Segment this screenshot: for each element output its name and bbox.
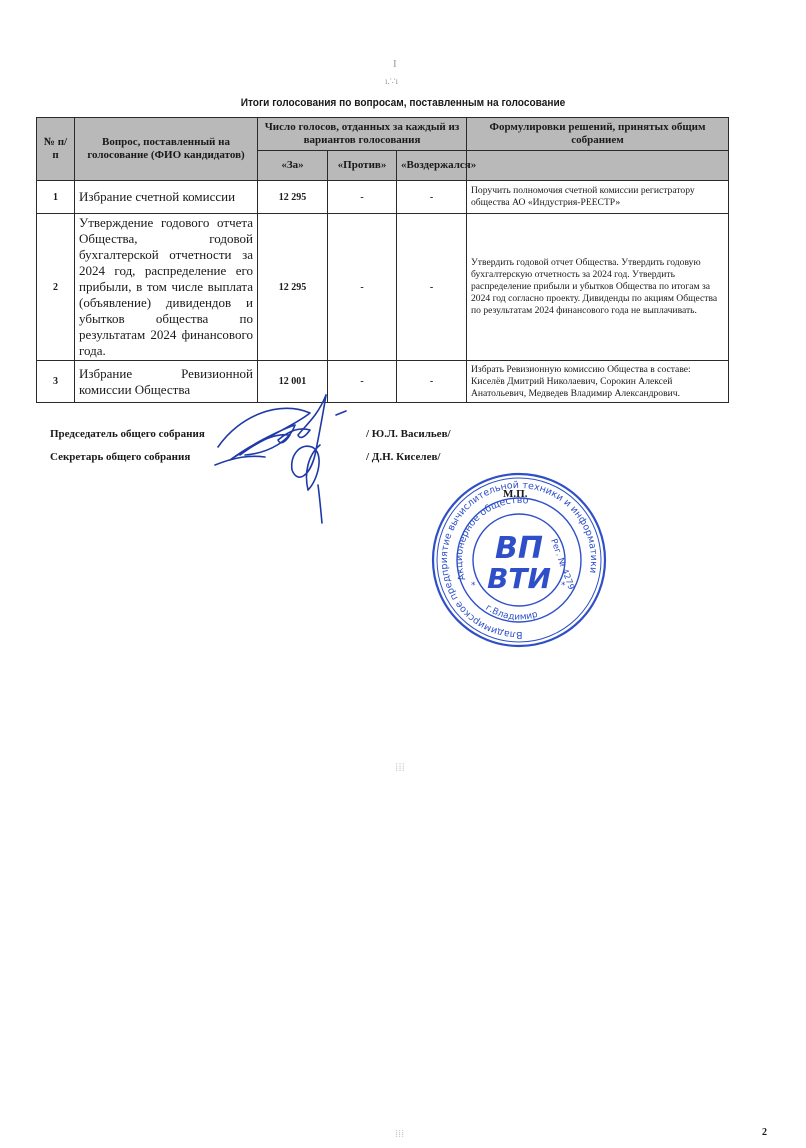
scan-artifact: ⁞⁞⁞ <box>395 760 405 775</box>
stamp-center-line2: ВТИ <box>487 562 551 595</box>
row-decision: Избрать Ревизионную комиссию Общества в … <box>467 361 729 403</box>
svg-text:*: * <box>561 581 566 591</box>
header-num: № п/п <box>37 118 75 181</box>
row-question: Избрание счетной комиссии <box>75 181 258 214</box>
header-for: «За» <box>258 151 328 181</box>
chairman-label: Председатель общего собрания <box>50 428 205 440</box>
row-votes-against: - <box>328 214 397 361</box>
header-abstained: «Воздержался» <box>397 151 467 181</box>
page-number: 2 <box>762 1127 767 1138</box>
seal-place-label: М.П. <box>503 488 527 500</box>
scan-artifact: I <box>393 58 397 70</box>
header-decision: Формулировки решений, принятых общим соб… <box>467 118 729 151</box>
row-votes-abstained: - <box>397 214 467 361</box>
chairman-name: / Ю.Л. Васильев/ <box>366 428 451 440</box>
secretary-name: / Д.Н. Киселев/ <box>366 451 440 463</box>
svg-text:*: * <box>471 581 476 591</box>
scan-artifact: ı.∵ı <box>385 76 398 87</box>
header-against: «Против» <box>328 151 397 181</box>
row-votes-abstained: - <box>397 181 467 214</box>
row-votes-for: 12 295 <box>258 214 328 361</box>
row-votes-against: - <box>328 181 397 214</box>
header-decision-empty <box>467 151 729 181</box>
voting-results-table: № п/п Вопрос, поставленный на голосовани… <box>36 117 729 403</box>
row-num: 1 <box>37 181 75 214</box>
table-row: 3 Избрание Ревизионной комиссии Общества… <box>37 361 729 403</box>
table-row: 1 Избрание счетной комиссии 12 295 - - П… <box>37 181 729 214</box>
handwritten-signature-icon <box>200 385 360 525</box>
row-votes-for: 12 295 <box>258 181 328 214</box>
stamp-center-line1: ВП <box>495 531 543 566</box>
row-num: 2 <box>37 214 75 361</box>
row-votes-abstained: - <box>397 361 467 403</box>
row-decision: Поручить полномочия счетной комиссии рег… <box>467 181 729 214</box>
secretary-label: Секретарь общего собрания <box>50 451 190 463</box>
row-decision: Утвердить годовой отчет Общества. Утверд… <box>467 214 729 361</box>
row-question: Утверждение годового отчета Общества, го… <box>75 214 258 361</box>
header-votes-group: Число голосов, отданных за каждый из вар… <box>258 118 467 151</box>
table-row: 2 Утверждение годового отчета Общества, … <box>37 214 729 361</box>
scan-artifact: ⁞⁞⁞ <box>395 1128 404 1140</box>
document-title: Итоги голосования по вопросам, поставлен… <box>32 97 774 109</box>
header-question: Вопрос, поставленный на голосование (ФИО… <box>75 118 258 181</box>
row-num: 3 <box>37 361 75 403</box>
